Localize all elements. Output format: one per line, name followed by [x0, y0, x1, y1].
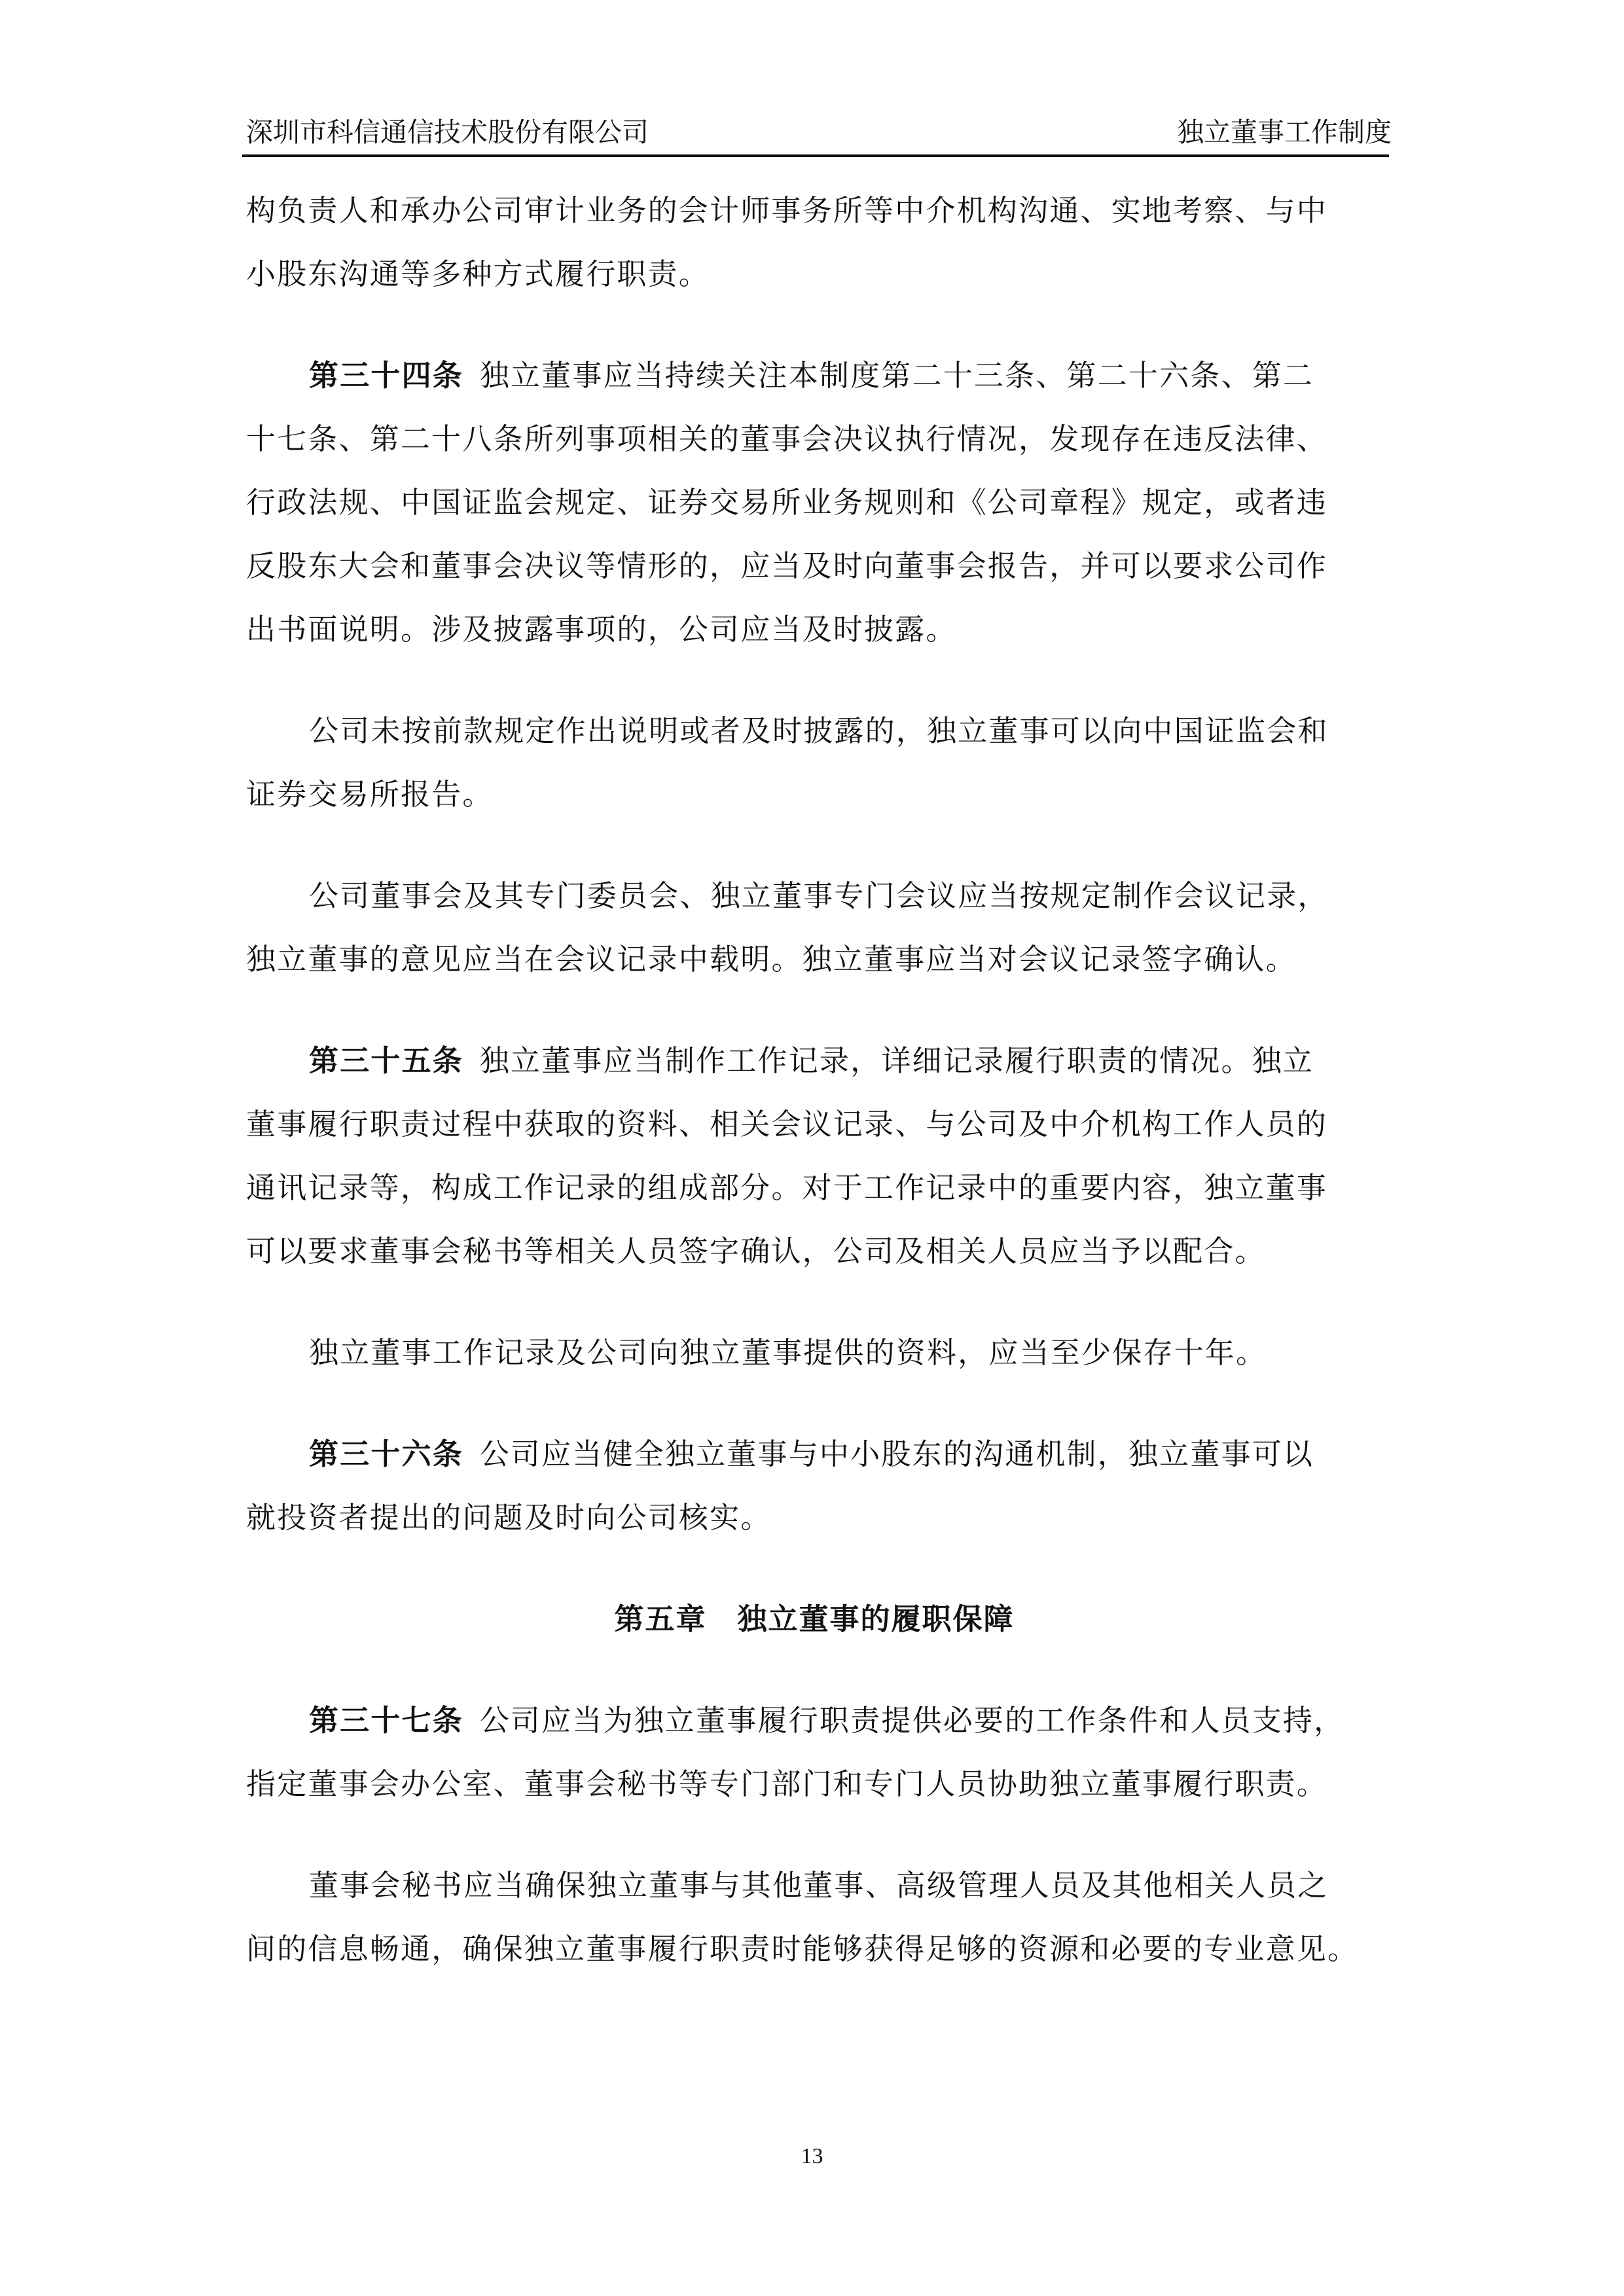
text-line: 证券交易所报告。	[246, 768, 1382, 832]
paragraph-continuation: 构负责人和承办公司审计业务的会计师事务所等中介机构沟通、实地考察、与中 小股东沟…	[246, 185, 1382, 312]
article-number: 第三十四条	[309, 358, 463, 393]
text-line: 公司应当健全独立董事与中小股东的沟通机制，独立董事可以	[480, 1437, 1314, 1471]
text-line: 公司未按前款规定作出说明或者及时披露的，独立董事可以向中国证监会和	[246, 705, 1382, 768]
text-line: 就投资者提出的问题及时向公司核实。	[246, 1492, 1382, 1555]
page-header: 深圳市科信通信技术股份有限公司 独立董事工作制度	[246, 115, 1392, 154]
text-line: 行政法规、中国证监会规定、证券交易所业务规则和《公司章程》规定，或者违	[246, 476, 1382, 540]
text-line: 独立董事的意见应当在会议记录中载明。独立董事应当对会议记录签字确认。	[246, 933, 1382, 997]
text-line: 间的信息畅通，确保独立董事履行职责时能够获得足够的资源和必要的专业意见。	[246, 1923, 1382, 1986]
paragraph: 公司未按前款规定作出说明或者及时披露的，独立董事可以向中国证监会和 证券交易所报…	[246, 705, 1382, 832]
text-line: 董事会秘书应当确保独立董事与其他董事、高级管理人员及其他相关人员之	[246, 1859, 1382, 1923]
document-body: 构负责人和承办公司审计业务的会计师事务所等中介机构沟通、实地考察、与中 小股东沟…	[246, 185, 1382, 1986]
header-document-title: 独立董事工作制度	[1177, 115, 1392, 149]
header-company-name: 深圳市科信通信技术股份有限公司	[246, 115, 649, 149]
text-line: 董事履行职责过程中获取的资料、相关会议记录、与公司及中介机构工作人员的	[246, 1098, 1382, 1162]
text-line: 独立董事工作记录及公司向独立董事提供的资料，应当至少保存十年。	[246, 1327, 1382, 1390]
document-page: 深圳市科信通信技术股份有限公司 独立董事工作制度 构负责人和承办公司审计业务的会…	[0, 0, 1624, 2296]
text-line: 出书面说明。涉及披露事项的，公司应当及时披露。	[246, 603, 1382, 667]
article-number: 第三十六条	[309, 1437, 463, 1471]
text-line: 独立董事应当制作工作记录，详细记录履行职责的情况。独立	[480, 1043, 1314, 1078]
paragraph: 公司董事会及其专门委员会、独立董事专门会议应当按规定制作会议记录， 独立董事的意…	[246, 870, 1382, 997]
text-line: 构负责人和承办公司审计业务的会计师事务所等中介机构沟通、实地考察、与中	[246, 185, 1382, 248]
text-line: 可以要求董事会秘书等相关人员签字确认，公司及相关人员应当予以配合。	[246, 1225, 1382, 1289]
article-35: 第三十五条 独立董事应当制作工作记录，详细记录履行职责的情况。独立 董事履行职责…	[246, 1035, 1382, 1289]
article-34: 第三十四条 独立董事应当持续关注本制度第二十三条、第二十六条、第二 十七条、第二…	[246, 350, 1382, 667]
chapter-heading: 第五章 独立董事的履职保障	[246, 1593, 1382, 1657]
page-number: 13	[0, 2144, 1624, 2169]
text-line: 小股东沟通等多种方式履行职责。	[246, 248, 1382, 312]
text-line: 通讯记录等，构成工作记录的组成部分。对于工作记录中的重要内容，独立董事	[246, 1162, 1382, 1225]
article-number: 第三十五条	[309, 1043, 463, 1078]
text-line: 反股东大会和董事会决议等情形的，应当及时向董事会报告，并可以要求公司作	[246, 540, 1382, 603]
text-line: 指定董事会办公室、董事会秘书等专门部门和专门人员协助独立董事履行职责。	[246, 1758, 1382, 1821]
text-line: 独立董事应当持续关注本制度第二十三条、第二十六条、第二	[480, 358, 1314, 393]
text-line: 公司董事会及其专门委员会、独立董事专门会议应当按规定制作会议记录，	[246, 870, 1382, 933]
article-36: 第三十六条 公司应当健全独立董事与中小股东的沟通机制，独立董事可以 就投资者提出…	[246, 1428, 1382, 1555]
text-line: 公司应当为独立董事履行职责提供必要的工作条件和人员支持，	[480, 1703, 1345, 1738]
header-rule	[242, 154, 1389, 157]
article-37: 第三十七条 公司应当为独立董事履行职责提供必要的工作条件和人员支持， 指定董事会…	[246, 1695, 1382, 1821]
article-number: 第三十七条	[309, 1703, 463, 1738]
paragraph: 独立董事工作记录及公司向独立董事提供的资料，应当至少保存十年。	[246, 1327, 1382, 1390]
text-line: 十七条、第二十八条所列事项相关的董事会决议执行情况，发现存在违反法律、	[246, 413, 1382, 476]
paragraph: 董事会秘书应当确保独立董事与其他董事、高级管理人员及其他相关人员之 间的信息畅通…	[246, 1859, 1382, 1986]
